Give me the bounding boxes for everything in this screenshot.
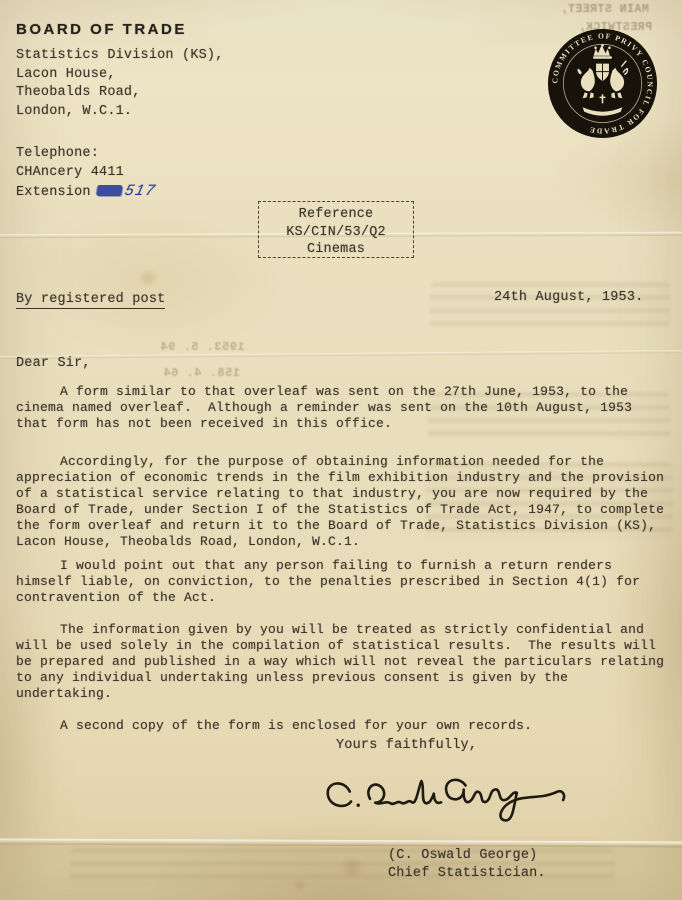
- scanned-letter-page: MAIN STREET, PRESTWICK, AYRSHIRE. 1953. …: [0, 0, 682, 900]
- handwritten-signature: [319, 753, 584, 842]
- delivery-method: By registered post: [16, 292, 165, 309]
- body-paragraph: A second copy of the form is enclosed fo…: [16, 718, 671, 734]
- reference-label: Reference: [259, 206, 413, 224]
- extension-line: Extension517: [16, 182, 156, 203]
- salutation: Dear Sir,: [16, 356, 91, 371]
- letter-date: 24th August, 1953.: [494, 290, 643, 305]
- bleedthrough-text: MAIN STREET,: [560, 3, 649, 16]
- body-paragraph: Accordingly, for the purpose of obtainin…: [16, 454, 671, 550]
- signatory-title: Chief Statistician.: [388, 866, 546, 881]
- reference-box: Reference KS/CIN/53/Q2 Cinemas: [258, 201, 414, 258]
- body-paragraph: The information given by you will be tre…: [16, 622, 671, 702]
- fold-crease-middle: [0, 350, 682, 359]
- address-line: London, W.C.1.: [16, 103, 224, 122]
- reference-subject: Cinemas: [259, 241, 413, 259]
- telephone-block: Telephone: CHAncery 4411 Extension517: [16, 145, 156, 203]
- aged-bottom-strip: [0, 845, 682, 900]
- bleedthrough-text: 158. 4. 64: [163, 366, 240, 380]
- address-line: Theobalds Road,: [16, 84, 224, 103]
- organization-name: BOARD OF TRADE: [16, 21, 187, 38]
- signatory-printed-name: (C. Oswald George): [388, 848, 537, 863]
- valediction: Yours faithfully,: [336, 738, 477, 753]
- telephone-number: CHAncery 4411: [16, 164, 156, 183]
- privy-council-seal-icon: COMMITTEE OF PRIVY COUNCIL FOR TRADE: [543, 24, 662, 143]
- body-paragraph: A form similar to that overleaf was sent…: [16, 384, 671, 432]
- body-paragraph: I would point out that any person failin…: [16, 558, 671, 606]
- address-line: Lacon House,: [16, 66, 224, 85]
- letter-body: A form similar to that overleaf was sent…: [16, 384, 671, 734]
- bleedthrough-text: 1953. 5. 94: [160, 340, 245, 354]
- telephone-label: Telephone:: [16, 145, 156, 164]
- extension-label: Extension: [16, 185, 91, 200]
- reference-code: KS/CIN/53/Q2: [259, 224, 413, 242]
- ink-blot: [96, 185, 123, 196]
- address-line: Statistics Division (KS),: [16, 47, 224, 66]
- sender-address: Statistics Division (KS), Lacon House, T…: [16, 47, 224, 121]
- extension-number-handwritten: 517: [122, 182, 158, 201]
- bleedthrough-smudge: [430, 282, 670, 328]
